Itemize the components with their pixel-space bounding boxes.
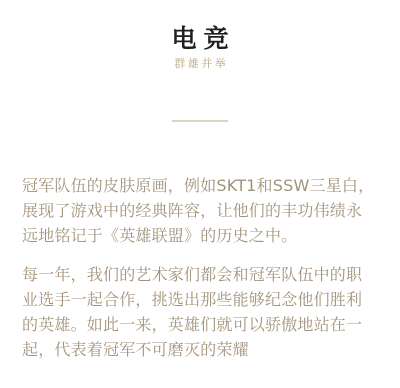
esports-page: 电竞 群雄并举 冠军队伍的皮肤原画，例如SKT1和SSW三星白，展现了游戏中的经…	[0, 0, 400, 388]
page-header: 电竞 群雄并举	[0, 0, 400, 71]
paragraph-artists-collaboration: 每一年，我们的艺术家们都会和冠军队伍中的职业选手一起合作，挑选出那些能够纪念他们…	[22, 262, 378, 362]
article-body: 冠军队伍的皮肤原画，例如SKT1和SSW三星白，展现了游戏中的经典阵容，让他们的…	[0, 122, 400, 362]
page-title: 电竞	[0, 25, 400, 53]
page-subtitle: 群雄并举	[0, 57, 400, 71]
paragraph-champion-skins: 冠军队伍的皮肤原画，例如SKT1和SSW三星白，展现了游戏中的经典阵容，让他们的…	[22, 173, 378, 248]
